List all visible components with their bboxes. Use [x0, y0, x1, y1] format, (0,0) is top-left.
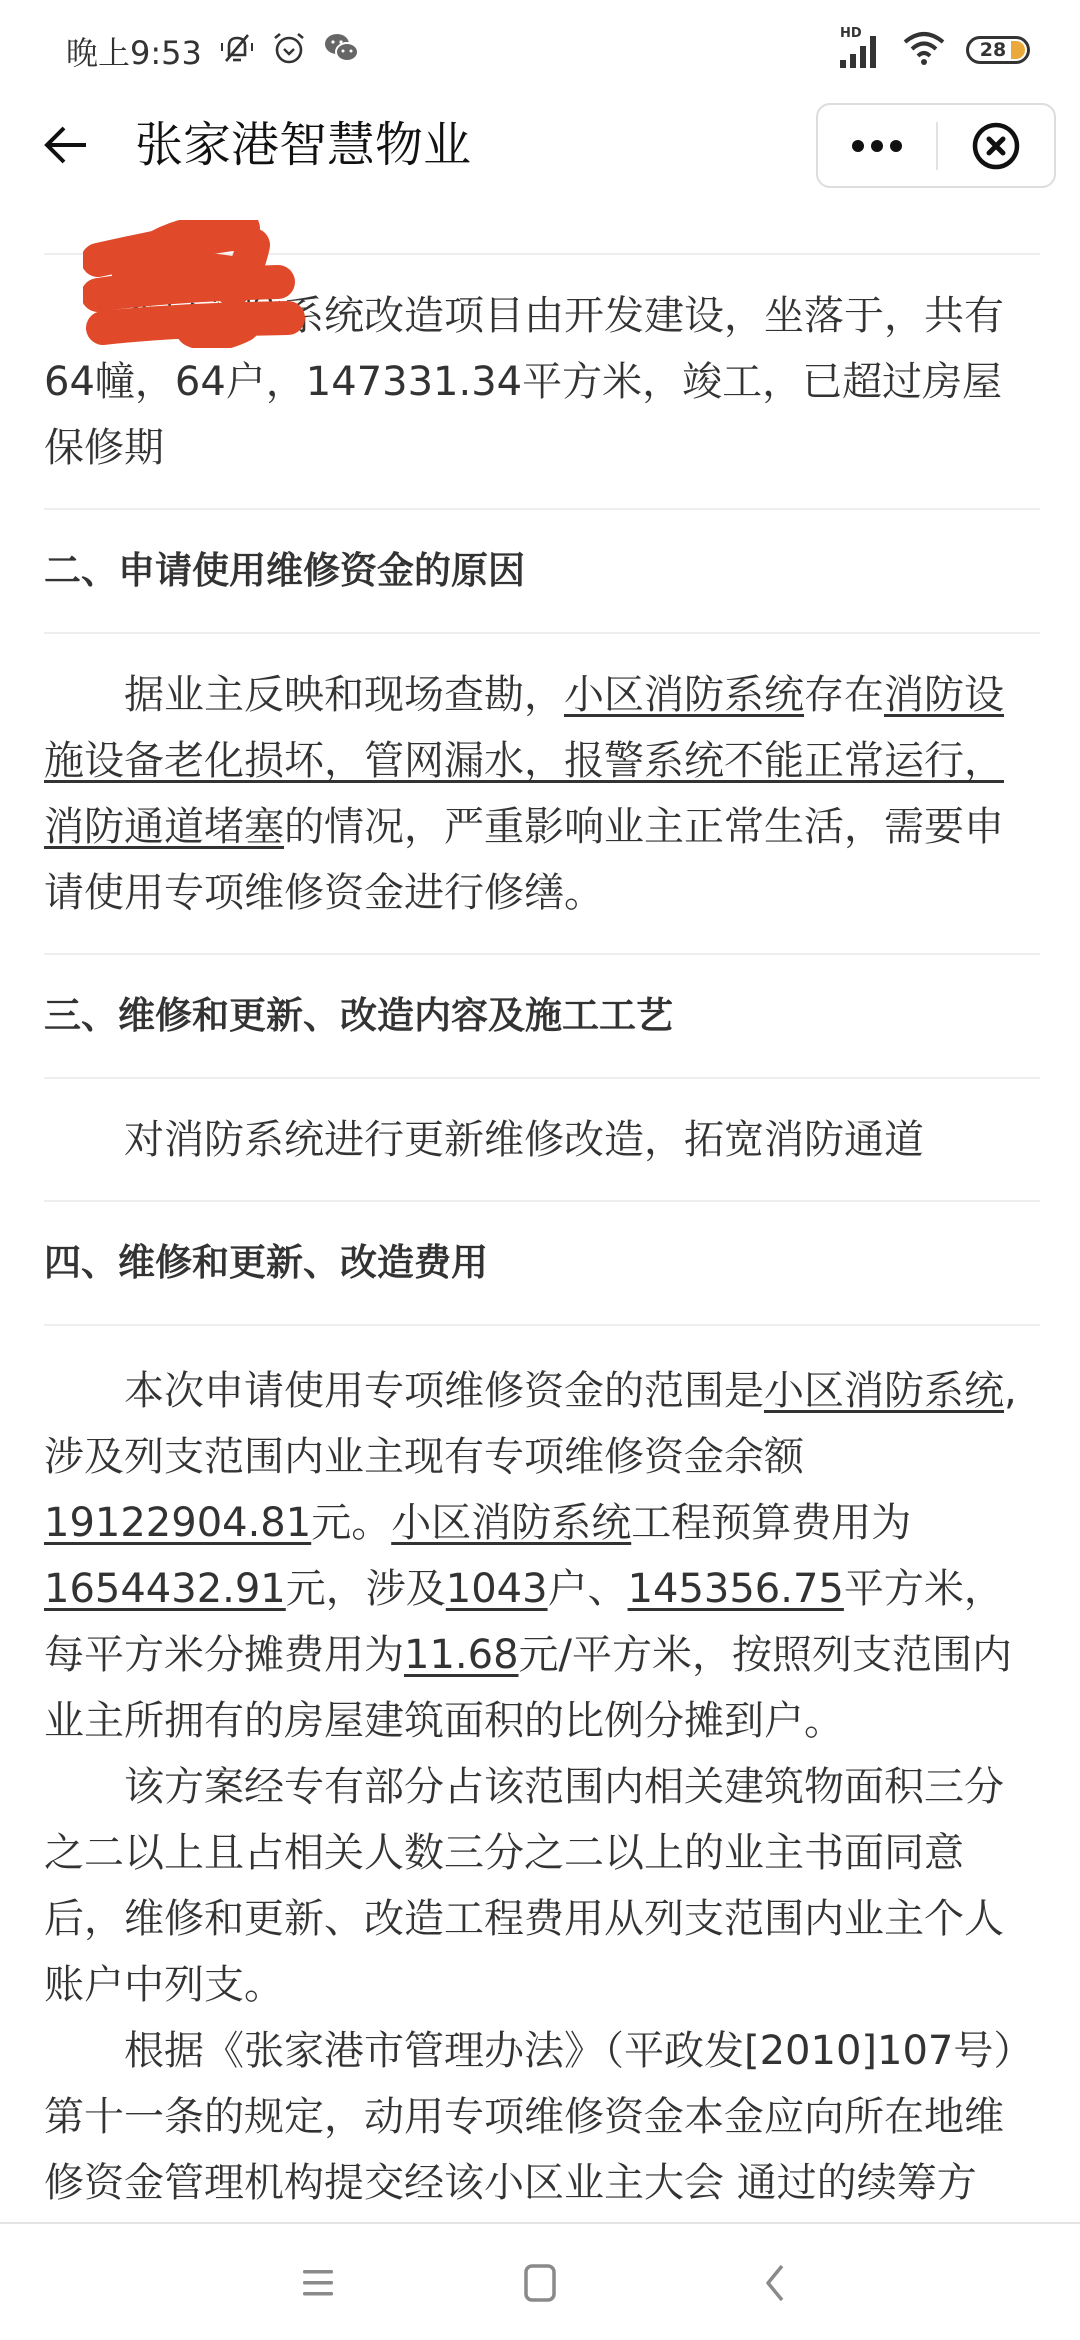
cost-section: 本次申请使用专项维修资金的范围是小区消防系统,涉及列支范围内业主现有专项维修资金…: [44, 1326, 1040, 2309]
status-time: 晚上9:53: [66, 28, 202, 74]
underlined-text: 小区消防系统: [564, 672, 804, 718]
back-icon: [762, 2263, 786, 2303]
back-button[interactable]: [38, 117, 94, 173]
battery-level-fill: [1011, 41, 1025, 59]
menu-button[interactable]: [288, 2258, 348, 2308]
battery-level-text: 28: [980, 39, 1006, 61]
mute-bell-icon: [218, 29, 256, 71]
content-paragraph: 对消防系统进行更新维修改造，拓宽消防通道: [44, 1107, 1040, 1173]
text-span: 户、: [548, 1566, 628, 1612]
text-span: 元。: [311, 1500, 391, 1546]
more-dots-icon: [851, 139, 903, 153]
close-circle-icon: [971, 121, 1021, 171]
household-count: 1043: [446, 1566, 548, 1612]
underlined-text: 小区消防系统: [391, 1500, 631, 1546]
text-span: 工程预算费用为: [631, 1500, 911, 1546]
text-span: 据业主反映和现场查勘，: [124, 672, 564, 718]
battery-icon: 28: [966, 36, 1030, 64]
reason-paragraph: 据业主反映和现场查勘，小区消防系统存在消防设施设备老化损坏，管网漏水，报警系统不…: [44, 662, 1040, 926]
back-nav-button[interactable]: [744, 2258, 804, 2308]
wifi-icon: [902, 30, 946, 70]
wechat-icon: [322, 29, 362, 71]
area-amount: 145356.75: [628, 1566, 844, 1612]
balance-amount: 19122904.81: [44, 1500, 311, 1546]
redaction-scribble: [83, 220, 313, 348]
more-button[interactable]: [818, 105, 936, 186]
app-header: 张家港智慧物业: [0, 95, 1080, 195]
per-sqm-cost: 11.68: [404, 1632, 519, 1678]
text-span: 元，涉及: [286, 1566, 446, 1612]
page-title: 张家港智慧物业: [135, 115, 471, 175]
section-heading-content: 三、维修和更新、改造内容及施工工艺: [44, 955, 1040, 1077]
cost-paragraph-2: 该方案经专有部分占该范围内相关建筑物面积三分之二以上且占相关人数三分之二以上的业…: [44, 1754, 1040, 2018]
underlined-text: 小区消防系统: [764, 1368, 1004, 1414]
mini-program-capsule: [816, 103, 1056, 188]
article-content: 小区消防系统改造项目由开发建设，坐落于，共有64幢，64户，147331.34平…: [44, 253, 1040, 2309]
text-span: 本次申请使用专项维修资金的范围是: [124, 1368, 764, 1414]
home-button[interactable]: [510, 2258, 570, 2308]
section-heading-cost: 四、维修和更新、改造费用: [44, 1202, 1040, 1324]
status-bar: 晚上9:53 HD 28: [0, 0, 1080, 95]
system-nav-bar: [0, 2222, 1080, 2340]
text-span: 存在: [804, 672, 884, 718]
close-button[interactable]: [938, 105, 1054, 186]
menu-icon: [301, 2266, 335, 2300]
budget-amount: 1654432.91: [44, 1566, 286, 1612]
cost-paragraph-1: 本次申请使用专项维修资金的范围是小区消防系统,涉及列支范围内业主现有专项维修资金…: [44, 1358, 1040, 1754]
alarm-icon: [270, 29, 308, 71]
content-section: 对消防系统进行更新维修改造，拓宽消防通道: [44, 1079, 1040, 1200]
section-heading-reason: 二、申请使用维修资金的原因: [44, 510, 1040, 632]
signal-icon: HD: [838, 30, 882, 70]
reason-section: 据业主反映和现场查勘，小区消防系统存在消防设施设备老化损坏，管网漏水，报警系统不…: [44, 634, 1040, 953]
home-icon: [523, 2263, 557, 2303]
arrow-left-icon: [42, 125, 90, 165]
